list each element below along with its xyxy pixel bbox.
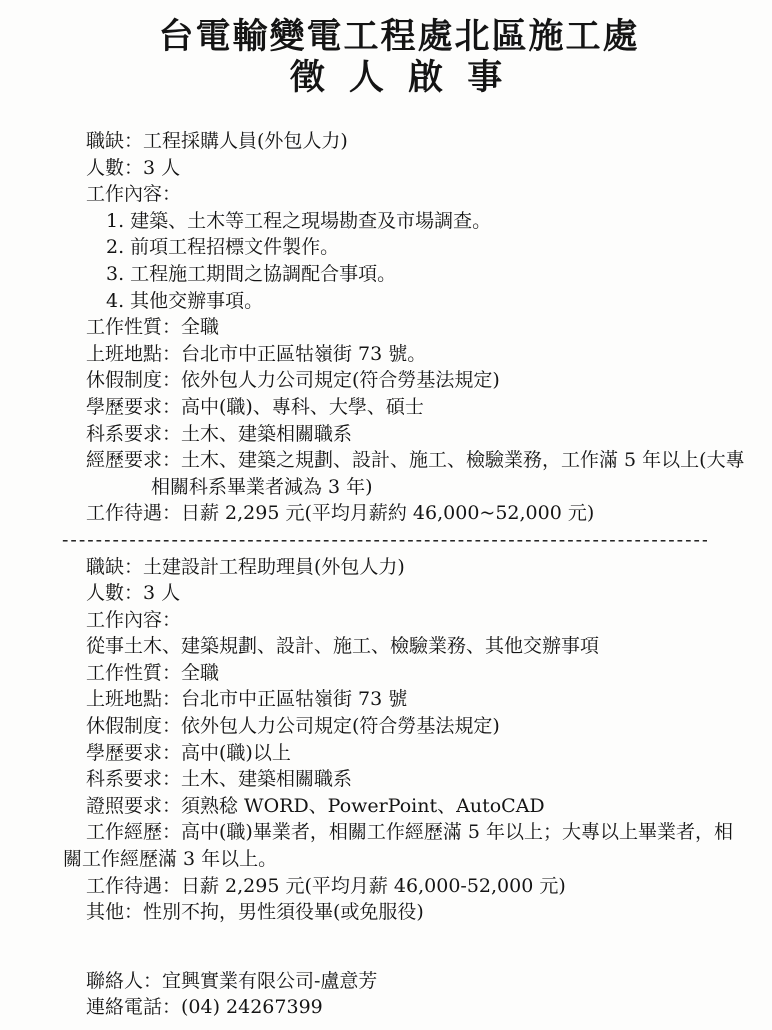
job2-duties-header-line: 工作內容： xyxy=(86,607,732,634)
job2-leave-policy-line: 休假制度：依外包人力公司規定(符合勞基法規定) xyxy=(86,713,732,740)
job2-work-location-line: 上班地點：台北市中正區牯嶺街 73 號 xyxy=(86,686,732,713)
section-divider: ----------------------------------------… xyxy=(62,527,707,554)
job2-vacancy-line: 職缺：土建設計工程助理員(外包人力) xyxy=(86,554,732,581)
doc-body: 職缺：工程採購人員(外包人力) 人數：3 人 工作內容： 1. 建築、土木等工程… xyxy=(86,128,732,1021)
document-page: 台電輸變電工程處北區施工處 徵 人 啟 事 職缺：工程採購人員(外包人力) 人數… xyxy=(0,0,772,1030)
job2-duties-line: 從事土木、建築規劃、設計、施工、檢驗業務、其他交辦事項 xyxy=(86,633,732,660)
job1-leave-policy-line: 休假制度：依外包人力公司規定(符合勞基法規定) xyxy=(86,367,732,394)
contact-phone-line: 連絡電話：(04) 24267399 xyxy=(86,994,732,1021)
contact-section: 聯絡人：宜興實業有限公司-盧意芳 連絡電話：(04) 24267399 xyxy=(86,968,732,1021)
job2-section: 職缺：土建設計工程助理員(外包人力) 人數：3 人 工作內容： 從事土木、建築規… xyxy=(86,554,732,926)
doc-title: 台電輸變電工程處北區施工處 徵 人 啟 事 xyxy=(0,0,772,98)
job2-headcount-line: 人數：3 人 xyxy=(86,580,732,607)
job2-experience-cont-line: 關工作經歷滿 3 年以上。 xyxy=(63,846,732,873)
job1-duty-4-line: 4. 其他交辦事項。 xyxy=(86,288,732,315)
title-line-1: 台電輸變電工程處北區施工處 xyxy=(26,16,772,58)
job1-section: 職缺：工程採購人員(外包人力) 人數：3 人 工作內容： 1. 建築、土木等工程… xyxy=(86,128,732,527)
job1-work-location-line: 上班地點：台北市中正區牯嶺街 73 號。 xyxy=(86,341,732,368)
title-line-2: 徵 人 啟 事 xyxy=(26,58,772,98)
job2-education-line: 學歷要求：高中(職)以上 xyxy=(86,740,732,767)
job1-headcount-line: 人數：3 人 xyxy=(86,155,732,182)
job1-experience-cont-line: 相關科系畢業者減為 3 年) xyxy=(86,474,732,501)
contact-person-line: 聯絡人：宜興實業有限公司-盧意芳 xyxy=(86,968,732,995)
job2-experience-line: 工作經歷：高中(職)畢業者，相關工作經歷滿 5 年以上；大專以上畢業者，相 xyxy=(86,819,732,846)
job2-certificates-line: 證照要求：須熟稔 WORD、PowerPoint、AutoCAD xyxy=(86,793,732,820)
job1-vacancy-line: 職缺：工程採購人員(外包人力) xyxy=(86,128,732,155)
job1-duties-header-line: 工作內容： xyxy=(86,181,732,208)
job1-experience-line: 經歷要求：土木、建築之規劃、設計、施工、檢驗業務，工作滿 5 年以上(大專 xyxy=(86,447,732,474)
job2-major-line: 科系要求：土木、建築相關職系 xyxy=(86,766,732,793)
job2-salary-line: 工作待遇：日薪 2,295 元(平均月薪 46,000-52,000 元) xyxy=(86,873,732,900)
job1-duty-3-line: 3. 工程施工期間之協調配合事項。 xyxy=(86,261,732,288)
job1-duty-1-line: 1. 建築、土木等工程之現場勘查及市場調查。 xyxy=(86,208,732,235)
job1-employment-type-line: 工作性質：全職 xyxy=(86,314,732,341)
job2-other-line: 其他：性別不拘，男性須役畢(或免服役) xyxy=(86,899,732,926)
job1-salary-line: 工作待遇：日薪 2,295 元(平均月薪約 46,000~52,000 元) xyxy=(86,500,732,527)
job2-employment-type-line: 工作性質：全職 xyxy=(86,660,732,687)
job1-education-line: 學歷要求：高中(職)、專科、大學、碩士 xyxy=(86,394,732,421)
job1-major-line: 科系要求：土木、建築相關職系 xyxy=(86,421,732,448)
job1-duty-2-line: 2. 前項工程招標文件製作。 xyxy=(86,234,732,261)
